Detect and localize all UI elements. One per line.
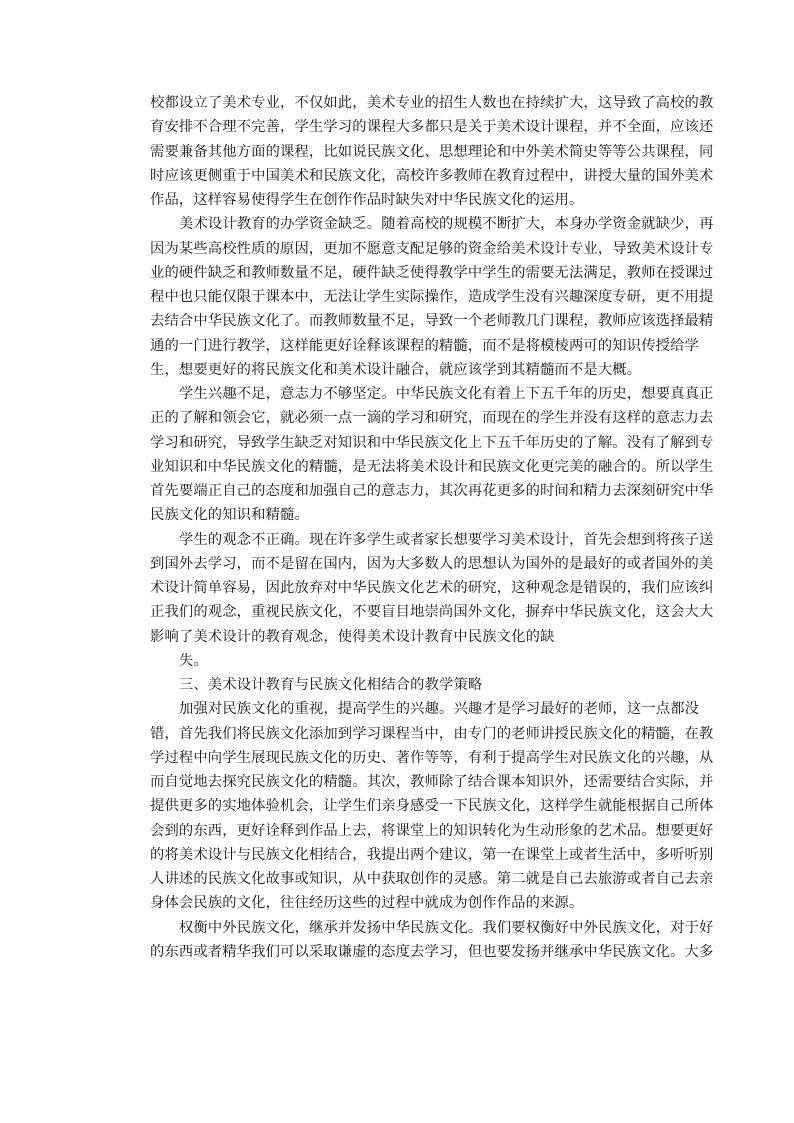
paragraph-orphan-fragment: 失。 xyxy=(121,649,673,673)
text-line: 失。 xyxy=(121,649,673,673)
text-line: 学习和研究，导致学生缺乏对知识和中华民族文化上下五千年历史的了解。没有了解到专 xyxy=(121,431,673,455)
text-line: 需要兼备其他方面的课程，比如说民族文化、思想理论和中外美术简史等等公共课程，同 xyxy=(121,140,673,164)
text-line: 去结合中华民族文化了。而教师数量不足，导致一个老师教几门课程，教师应该选择最精 xyxy=(121,309,673,333)
text-line: 人讲述的民族文化故事或知识，从中获取创作的灵感。第二就是自己去旅游或者自己去亲 xyxy=(121,867,673,891)
text-line: 的将美术设计与民族文化相结合，我提出两个建议，第一在课堂上或者生活中，多听听别 xyxy=(121,843,673,867)
text-line: 会到的东西，更好诠释到作品上去，将课堂上的知识转化为生动形象的艺术品。想要更好 xyxy=(121,819,673,843)
paragraph-balance-cultures: 权衡中外民族文化，继承并发扬中华民族文化。我们要权衡好中外民族文化，对于好 的东… xyxy=(121,916,673,965)
text-line: 作品，这样容易使得学生在创作作品时缺失对中华民族文化的运用。 xyxy=(121,188,673,212)
paragraph-strengthen-culture: 加强对民族文化的重视，提高学生的兴趣。兴趣才是学习最好的老师，这一点都没 错，首… xyxy=(121,697,673,915)
text-line: 身体会民族的文化，往往经历这些的过程中就成为创作作品的来源。 xyxy=(121,891,673,915)
text-line: 程中也只能仅限于课本中，无法让学生实际操作，造成学生没有兴趣深度专研，更不用提 xyxy=(121,285,673,309)
text-line: 学生兴趣不足，意志力不够坚定。中华民族文化有着上下五千年的历史，想要真真正 xyxy=(121,382,673,406)
section-heading-teaching-strategies: 三、美术设计教育与民族文化相结合的教学策略 xyxy=(121,673,673,697)
text-line: 权衡中外民族文化，继承并发扬中华民族文化。我们要权衡好中外民族文化，对于好 xyxy=(121,916,673,940)
text-line: 生，想要更好的将民族文化和美术设计融合，就应该学到其精髓而不是大概。 xyxy=(121,358,673,382)
text-line: 通的一门进行教学，这样能更好诠释该课程的精髓，而不是将模棱两可的知识传授给学 xyxy=(121,334,673,358)
text-line: 提供更多的实地体验机会，让学生们亲身感受一下民族文化，这样学生就能根据自己所体 xyxy=(121,794,673,818)
text-line: 正的了解和领会它，就必须一点一滴的学习和研究，而现在的学生并没有这样的意志力去 xyxy=(121,406,673,430)
text-line: 正我们的观念，重视民族文化，不要盲目地崇尚国外文化，摒弃中华民族文化，这会大大 xyxy=(121,600,673,624)
text-line: 育安排不合理不完善，学生学习的课程大多都只是关于美术设计课程，并不全面，应该还 xyxy=(121,115,673,139)
text-line: 业的硬件缺乏和教师数量不足，硬件缺乏使得教学中学生的需要无法满足，教师在授课过 xyxy=(121,261,673,285)
text-line: 因为某些高校性质的原因，更加不愿意支配足够的资金给美术设计专业，导致美术设计专 xyxy=(121,237,673,261)
text-line: 业知识和中华民族文化的精髓，是无法将美术设计和民族文化更完美的融合的。所以学生 xyxy=(121,455,673,479)
text-line: 学生的观念不正确。现在许多学生或者家长想要学习美术设计，首先会想到将孩子送 xyxy=(121,528,673,552)
text-line: 学过程中向学生展现民族文化的历史、著作等等，有利于提高学生对民族文化的兴趣，从 xyxy=(121,746,673,770)
section-heading-text: 三、美术设计教育与民族文化相结合的教学策略 xyxy=(121,673,673,697)
text-line: 的东西或者精华我们可以采取谦虚的态度去学习，但也要发扬并继承中华民族文化。大多 xyxy=(121,940,673,964)
text-line: 美术设计教育的办学资金缺乏。随着高校的规模不断扩大，本身办学资金就缺少，再 xyxy=(121,212,673,236)
document-body: 校都设立了美术专业，不仅如此，美术专业的招生人数也在持续扩大，这导致了高校的教 … xyxy=(121,91,673,964)
text-line: 术设计简单容易，因此放弃对中华民族文化艺术的研究，这种观念是错误的，我们应该纠 xyxy=(121,576,673,600)
text-line: 时应该更侧重于中国美术和民族文化，高校许多教师在教育过程中，讲授大量的国外美术 xyxy=(121,164,673,188)
text-line: 加强对民族文化的重视，提高学生的兴趣。兴趣才是学习最好的老师，这一点都没 xyxy=(121,697,673,721)
text-line: 而自觉地去探究民族文化的精髓。其次，教师除了结合课本知识外，还需要结合实际，并 xyxy=(121,770,673,794)
paragraph-course-arrangement: 校都设立了美术专业，不仅如此，美术专业的招生人数也在持续扩大，这导致了高校的教 … xyxy=(121,91,673,212)
text-line: 到国外去学习，而不是留在国内，因为大多数人的思想认为国外的是最好的或者国外的美 xyxy=(121,552,673,576)
paragraph-funding-shortage: 美术设计教育的办学资金缺乏。随着高校的规模不断扩大，本身办学资金就缺少，再 因为… xyxy=(121,212,673,382)
paragraph-student-mindset: 学生的观念不正确。现在许多学生或者家长想要学习美术设计，首先会想到将孩子送 到国… xyxy=(121,528,673,649)
paragraph-student-interest: 学生兴趣不足，意志力不够坚定。中华民族文化有着上下五千年的历史，想要真真正 正的… xyxy=(121,382,673,528)
text-line: 校都设立了美术专业，不仅如此，美术专业的招生人数也在持续扩大，这导致了高校的教 xyxy=(121,91,673,115)
document-page: 校都设立了美术专业，不仅如此，美术专业的招生人数也在持续扩大，这导致了高校的教 … xyxy=(0,0,794,1123)
text-line: 首先要端正自己的态度和加强自己的意志力，其次再花更多的时间和精力去深刻研究中华 xyxy=(121,479,673,503)
text-line: 民族文化的知识和精髓。 xyxy=(121,503,673,527)
text-line: 错，首先我们将民族文化添加到学习课程当中，由专门的老师讲授民族文化的精髓，在教 xyxy=(121,722,673,746)
text-line: 影响了美术设计的教育观念，使得美术设计教育中民族文化的缺 xyxy=(121,625,673,649)
